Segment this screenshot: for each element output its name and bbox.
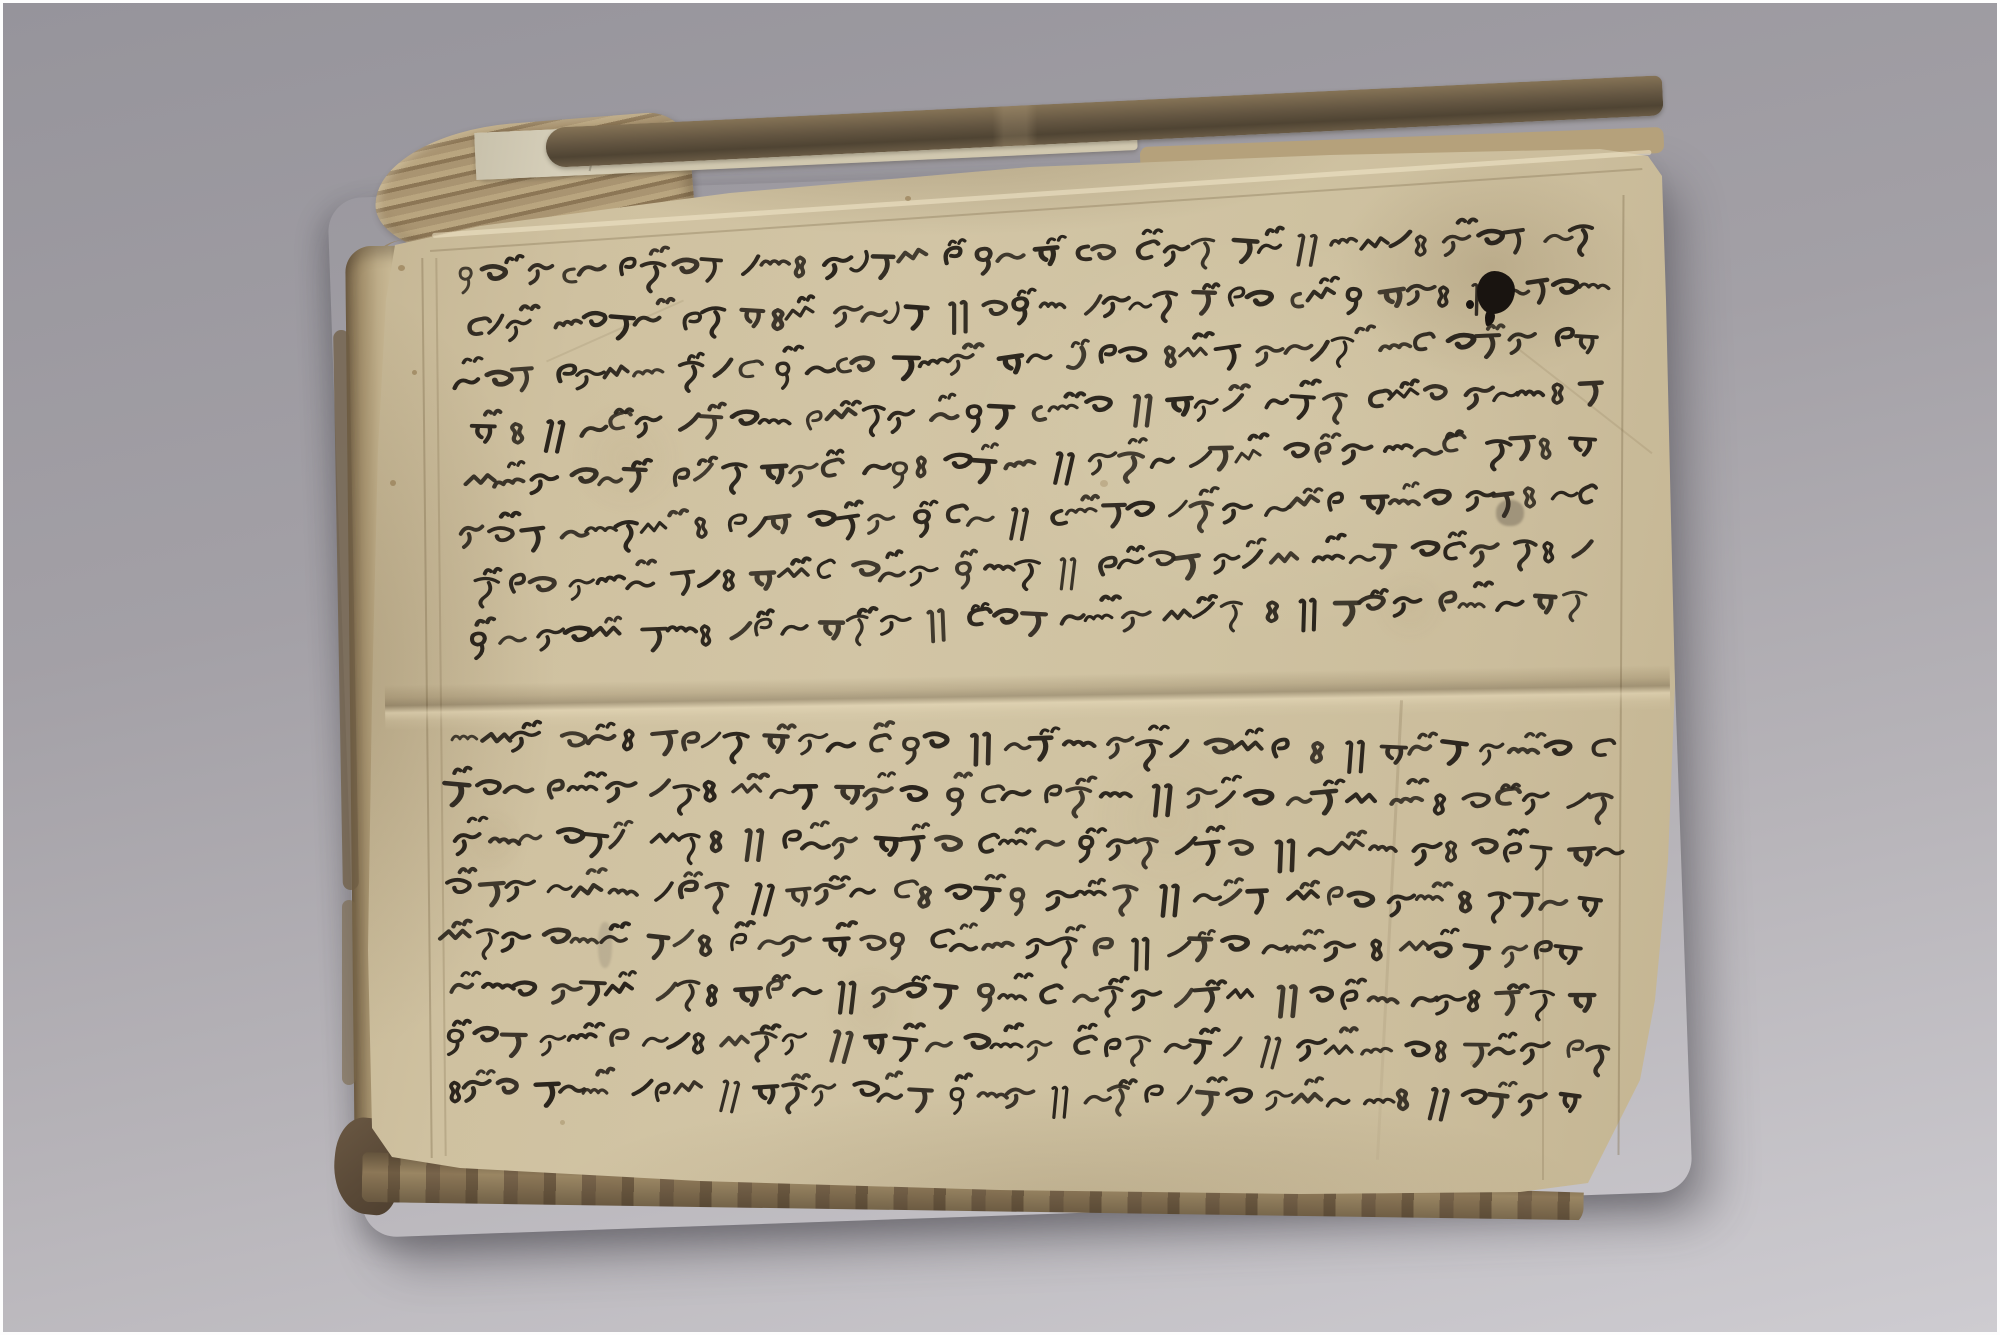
faded-ink-smudge bbox=[1496, 500, 1524, 526]
paper-stain-speck bbox=[390, 480, 396, 486]
vertical-crease bbox=[1542, 850, 1544, 1180]
paper-stain-speck bbox=[1470, 1060, 1476, 1066]
paper-stain-speck bbox=[905, 196, 911, 201]
gray-smudge bbox=[598, 922, 612, 968]
ink-blot-droplet bbox=[1466, 300, 1474, 309]
paper-stain-speck bbox=[398, 265, 405, 271]
photo-of-manuscript bbox=[0, 0, 2000, 1335]
paper-stain-speck bbox=[470, 330, 475, 335]
paper-stain-speck bbox=[560, 1120, 565, 1125]
paper-stain-speck bbox=[1100, 480, 1108, 487]
paper-stain-speck bbox=[412, 370, 417, 375]
rough-spine-edge bbox=[342, 900, 356, 1085]
